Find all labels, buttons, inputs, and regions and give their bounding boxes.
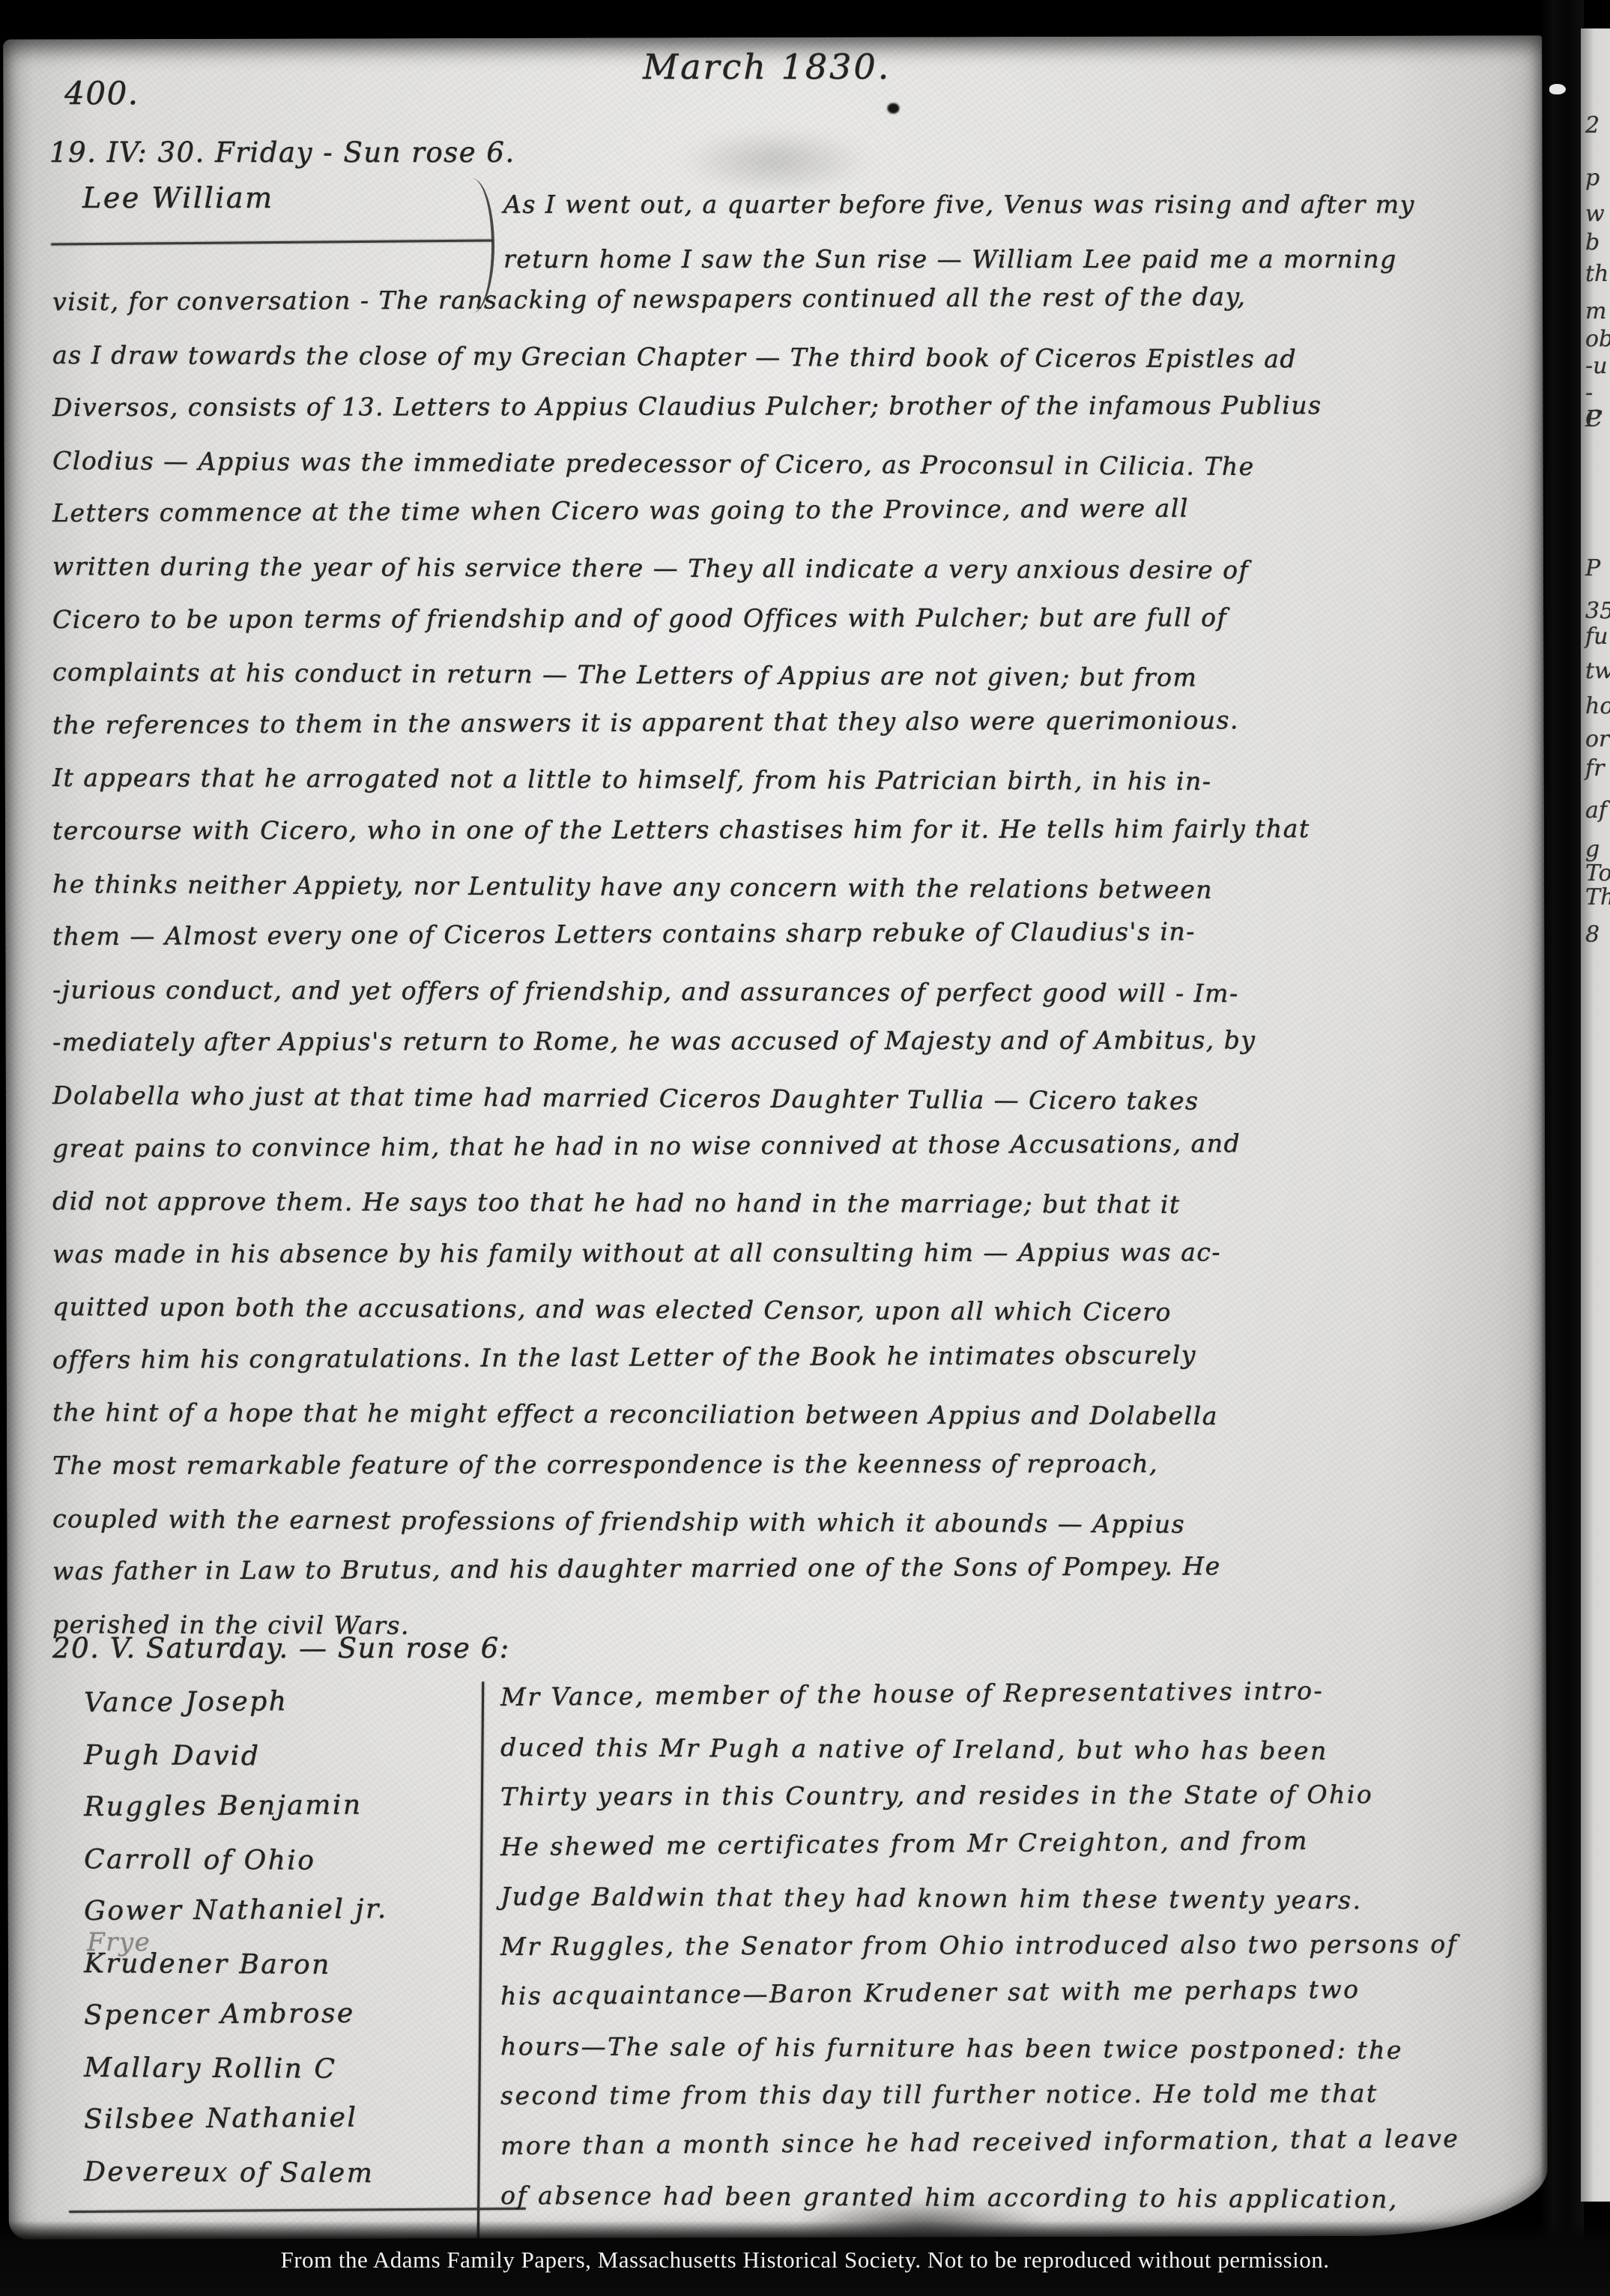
manuscript-line: was made in his absence by his family wi…	[52, 1225, 1540, 1281]
entry1-body-text: visit, for conversation - The ransacking…	[52, 276, 1540, 1651]
cutoff-text-fragment: tw	[1585, 658, 1610, 684]
margin-name-overwritten: Frye	[87, 1927, 151, 1957]
adjacent-page-sliver: 2pwbthmob-u-CPP35futwhoorfrafgToTh8	[1581, 28, 1610, 2202]
manuscript-line: hours—The sale of his furniture has been…	[500, 2022, 1542, 2076]
entry2-dateline: 20. V. Saturday. — Sun rose 6:	[52, 1632, 510, 1664]
cutoff-text-fragment: Th	[1585, 884, 1610, 910]
page-header-month: March 1830.	[643, 46, 891, 87]
manuscript-line: He shewed me certificates from Mr Creigh…	[500, 1814, 1542, 1872]
manuscript-line: tercourse with Cicero, who in one of the…	[52, 802, 1540, 857]
cutoff-text-fragment: 8	[1585, 922, 1600, 948]
manuscript-line: his acquaintance—Baron Krudener sat with…	[500, 1963, 1542, 2021]
manuscript-line: -mediately after Appius's return to Rome…	[52, 1014, 1540, 1069]
ink-spot	[887, 103, 899, 114]
cutoff-text-fragment: g	[1585, 836, 1600, 862]
cutoff-text-fragment: fu	[1585, 623, 1608, 650]
margin-name: Vance Joseph	[84, 1675, 388, 1729]
cutoff-text-fragment: fr	[1585, 755, 1604, 782]
page-number: 400.	[64, 75, 139, 112]
manuscript-line: Thirty years in this Country, and reside…	[500, 1769, 1542, 1822]
cutoff-text-fragment: m	[1585, 298, 1606, 324]
cutoff-text-fragment: ob	[1585, 326, 1610, 352]
manuscript-line: It appears that he arrogated not a littl…	[52, 752, 1540, 809]
cutoff-text-fragment: 35	[1585, 598, 1610, 624]
book-gutter-shadow	[1540, 0, 1584, 2296]
cutoff-text-fragment: p	[1585, 165, 1600, 191]
manuscript-line: Mr Vance, member of the house of Represe…	[500, 1664, 1542, 1722]
manuscript-line: Judge Baldwin that they had known him th…	[500, 1872, 1542, 1927]
cutoff-text-fragment: P	[1585, 555, 1600, 581]
margin-name: Silsbee Nathaniel	[84, 2091, 388, 2145]
manuscript-line: the references to them in the answers it…	[52, 692, 1540, 752]
manuscript-line: was father in Law to Brutus, and his dau…	[52, 1539, 1540, 1598]
manuscript-line: great pains to convince him, that he had…	[52, 1116, 1540, 1175]
manuscript-line: Diversos, consists of 13. Letters to App…	[52, 379, 1540, 435]
manuscript-line: -jurious conduct, and yet offers of frie…	[52, 964, 1540, 1021]
manuscript-line: did not approve them. He says too that h…	[52, 1175, 1540, 1233]
manuscript-line: of absence had been granted him accordin…	[500, 2171, 1542, 2226]
cutoff-text-fragment: To	[1585, 860, 1610, 886]
manuscript-line: As I went out, a quarter before five, Ve…	[503, 177, 1415, 232]
manuscript-line: them — Almost every one of Ciceros Lette…	[52, 904, 1540, 963]
manuscript-line: Letters commence at the time when Cicero…	[52, 481, 1540, 540]
margin-name: Mallary Rollin C	[84, 2042, 388, 2096]
manuscript-line: The most remarkable feature of the corre…	[52, 1437, 1540, 1493]
manuscript-line: more than a month since he had received …	[500, 2113, 1542, 2171]
gutter-paper-speck	[1549, 84, 1566, 94]
manuscript-line: written during the year of his service t…	[52, 540, 1540, 598]
margin-name: Pugh David	[84, 1729, 388, 1783]
cutoff-text-fragment: b	[1585, 229, 1600, 256]
manuscript-line: Cicero to be upon terms of friendship an…	[52, 590, 1540, 646]
cutoff-text-fragment: af	[1585, 797, 1607, 824]
entry1-dateline: 19. IV: 30. Friday - Sun rose 6.	[49, 136, 515, 169]
manuscript-line: as I draw towards the close of my Grecia…	[52, 329, 1540, 387]
manuscript-line: offers him his congratulations. In the l…	[52, 1327, 1540, 1386]
manuscript-line: visit, for conversation - The ransacking…	[52, 269, 1540, 328]
entry2-body-text: Mr Vance, member of the house of Represe…	[500, 1673, 1542, 2221]
cutoff-text-fragment: ho	[1585, 693, 1610, 719]
cutoff-text-fragment: 2	[1585, 112, 1600, 139]
scanned-manuscript-screenshot: { "page": { "number": "400.", "header": …	[0, 0, 1610, 2296]
archive-caption: From the Adams Family Papers, Massachuse…	[0, 2247, 1610, 2274]
cutoff-text-fragment: th	[1585, 261, 1609, 287]
manuscript-line: the hint of a hope that he might effect …	[52, 1386, 1540, 1444]
margin-name: Devereux of Salem	[84, 2146, 388, 2200]
manuscript-line: duced this Mr Pugh a native of Ireland, …	[500, 1723, 1542, 1777]
cutoff-text-fragment: or	[1585, 726, 1609, 752]
margin-name: Spencer Ambrose	[84, 1987, 388, 2041]
manuscript-line: Mr Ruggles, the Senator from Ohio introd…	[500, 1919, 1542, 1972]
margin-name: Carroll of Ohio	[84, 1834, 388, 1888]
margin-name: Ruggles Benjamin	[84, 1779, 388, 1833]
manuscript-line: second time from this day till further n…	[500, 2068, 1542, 2121]
cutoff-text-fragment: P	[1585, 406, 1600, 432]
cutoff-text-fragment: -u	[1585, 353, 1607, 379]
entry1-margin-note: Lee William	[82, 181, 273, 214]
cutoff-text-fragment: w	[1585, 201, 1605, 227]
